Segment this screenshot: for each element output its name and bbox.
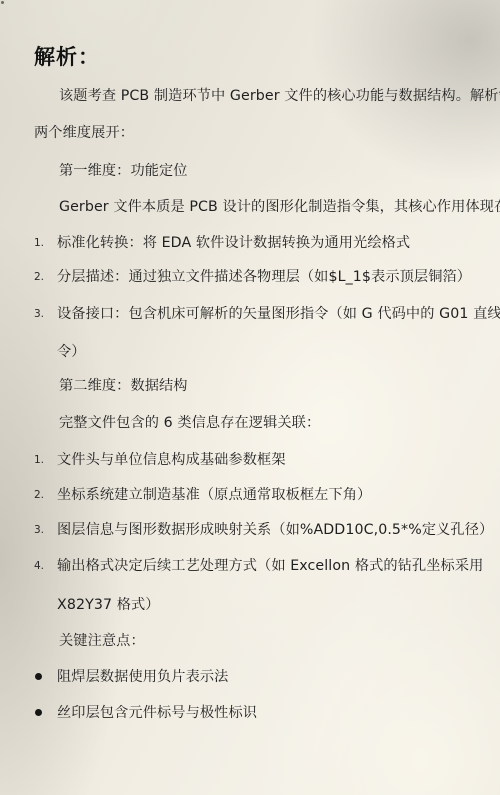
list-item: 设备接口：包含机床可解析的矢量图形指令（如 G 代码中的 G01 直线指 (57, 305, 500, 323)
list-item-continuation: 令） (57, 343, 86, 361)
list-item: 输出格式决定后续工艺处理方式（如 Excellon 格式的钻孔坐标采用 (57, 557, 483, 575)
bullet-item: 阻焊层数据使用负片表示法 (57, 668, 228, 686)
list-number: 3. (34, 305, 44, 323)
intro-line-2: 两个维度展开： (34, 124, 134, 142)
list-item-continuation: X82Y37 格式） (57, 596, 160, 614)
list-item: 坐标系统建立制造基准（原点通常取板框左下角） (57, 486, 371, 504)
intro-line-1: 该题考查 PCB 制造环节中 Gerber 文件的核心功能与数据结构。解析需从 (59, 87, 500, 105)
list-number: 1. (34, 451, 44, 469)
list-number: 2. (34, 486, 44, 504)
bullet-dot-icon (35, 673, 42, 680)
bullet-item: 丝印层包含元件标号与极性标识 (57, 704, 257, 722)
list-number: 2. (34, 268, 44, 286)
list-number: 4. (34, 557, 44, 575)
list-number: 1. (34, 234, 44, 252)
bullet-dot-icon (35, 709, 42, 716)
key-points-heading: 关键注意点： (59, 632, 145, 650)
list-item: 图层信息与图形数据形成映射关系（如%ADD10C,0.5*%定义孔径） (57, 521, 493, 539)
paper-speck (1, 1, 4, 4)
dimension1-lead: Gerber 文件本质是 PCB 设计的图形化制造指令集，其核心作用体现在： (59, 198, 500, 216)
dimension1-heading: 第一维度：功能定位 (59, 162, 188, 180)
list-item: 文件头与单位信息构成基础参数框架 (57, 451, 286, 469)
dimension2-heading: 第二维度：数据结构 (59, 377, 188, 395)
list-item: 标准化转换：将 EDA 软件设计数据转换为通用光绘格式 (57, 234, 410, 252)
list-item: 分层描述：通过独立文件描述各物理层（如$L_1$表示顶层铜箔） (57, 268, 471, 286)
list-number: 3. (34, 521, 44, 539)
dimension2-lead: 完整文件包含的 6 类信息存在逻辑关联： (59, 414, 320, 432)
page-title: 解析： (34, 44, 100, 70)
